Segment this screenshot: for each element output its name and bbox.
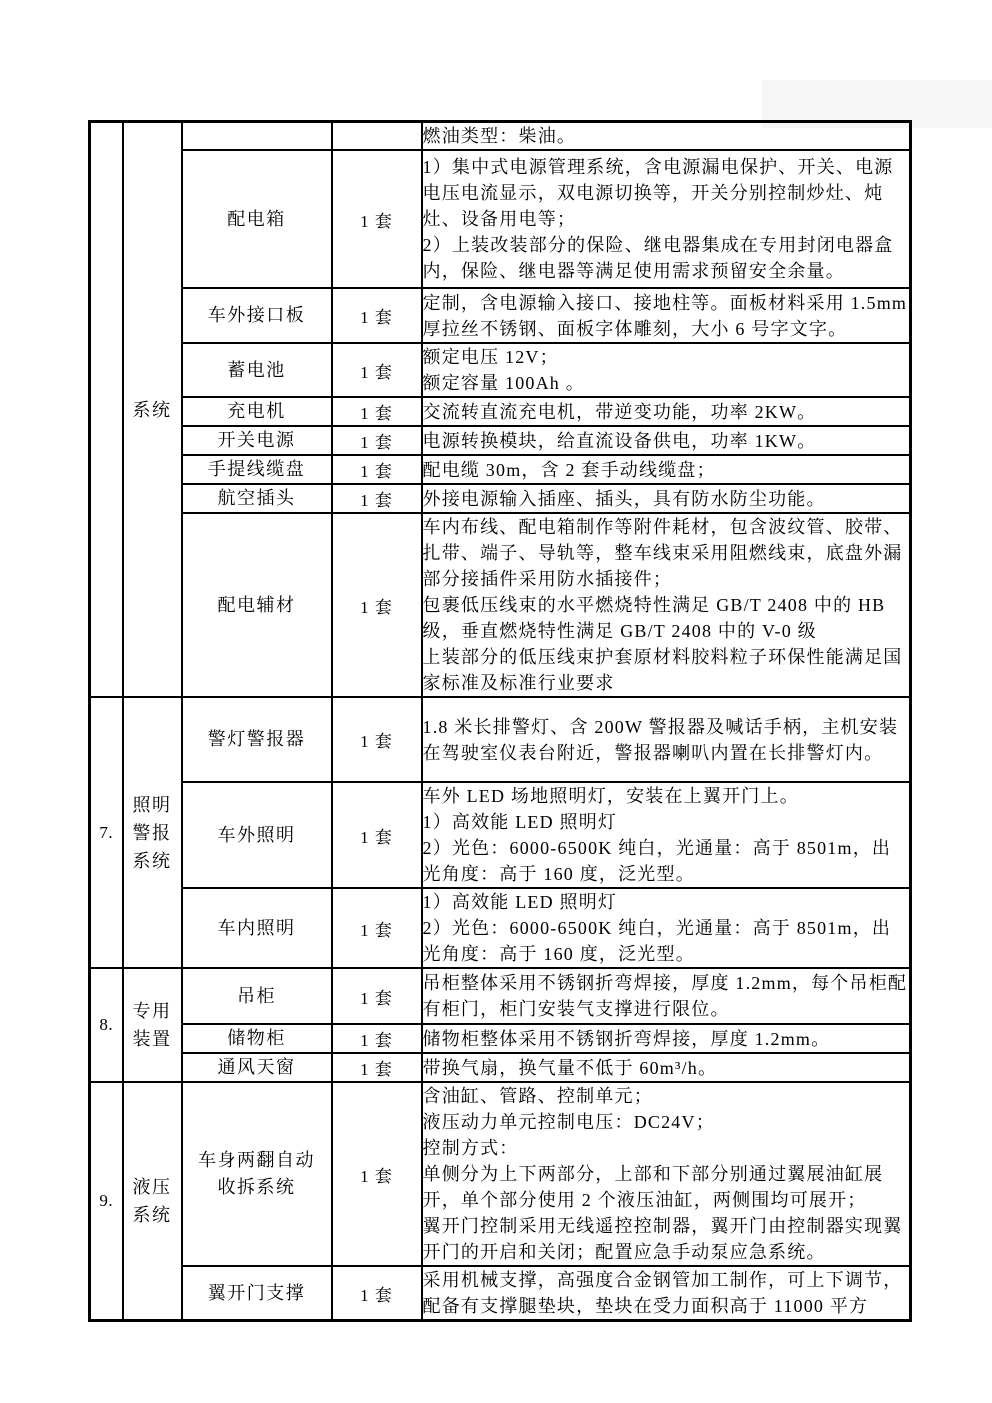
table-row: 蓄电池1 套额定电压 12V； 额定容量 100Ah 。 — [90, 343, 911, 397]
description-cell: 额定电压 12V； 额定容量 100Ah 。 — [422, 343, 911, 397]
description-cell: 1.8 米长排警灯、含 200W 警报器及喊话手柄，主机安装在驾驶室仪表台附近，… — [422, 697, 911, 782]
table-row: 充电机1 套交流转直流充电机，带逆变功能，功率 2KW。 — [90, 397, 911, 426]
quantity-cell: 1 套 — [332, 513, 422, 697]
table-row: 配电箱1 套1）集中式电源管理系统，含电源漏电保护、开关、电源电压电流显示，双电… — [90, 150, 911, 288]
system-name-cell: 液压 系统 — [123, 1082, 182, 1321]
quantity-cell: 1 套 — [332, 1053, 422, 1082]
item-name-cell: 车内照明 — [182, 888, 332, 968]
table-row: 车外接口板1 套定制，含电源输入接口、接地柱等。面板材料采用 1.5mm 厚拉丝… — [90, 288, 911, 343]
item-name-cell: 配电箱 — [182, 150, 332, 288]
system-name-cell: 系统 — [123, 122, 182, 698]
table-row: 8.专用 装置吊柜1 套吊柜整体采用不锈钢折弯焊接，厚度 1.2mm，每个吊柜配… — [90, 968, 911, 1024]
description-cell: 1）高效能 LED 照明灯 2）光色：6000-6500K 纯白，光通量：高于 … — [422, 888, 911, 968]
table-row: 车内照明1 套1）高效能 LED 照明灯 2）光色：6000-6500K 纯白，… — [90, 888, 911, 968]
description-cell: 外接电源输入插座、插头，具有防水防尘功能。 — [422, 484, 911, 513]
quantity-cell: 1 套 — [332, 888, 422, 968]
item-name-cell: 开关电源 — [182, 426, 332, 455]
table-row: 通风天窗1 套带换气扇，换气量不低于 60m³/h。 — [90, 1053, 911, 1082]
item-name-cell: 航空插头 — [182, 484, 332, 513]
quantity-cell: 1 套 — [332, 968, 422, 1024]
description-cell: 含油缸、管路、控制单元； 液压动力单元控制电压：DC24V； 控制方式： 单侧分… — [422, 1082, 911, 1266]
description-cell: 交流转直流充电机，带逆变功能，功率 2KW。 — [422, 397, 911, 426]
quantity-cell: 1 套 — [332, 782, 422, 888]
quantity-cell: 1 套 — [332, 288, 422, 343]
description-cell: 带换气扇，换气量不低于 60m³/h。 — [422, 1053, 911, 1082]
description-cell: 电源转换模块，给直流设备供电，功率 1KW。 — [422, 426, 911, 455]
table-row: 配电辅材1 套车内布线、配电箱制作等附件耗材，包含波纹管、胶带、扎带、端子、导轨… — [90, 513, 911, 697]
quantity-cell: 1 套 — [332, 1266, 422, 1321]
table-row: 航空插头1 套外接电源输入插座、插头，具有防水防尘功能。 — [90, 484, 911, 513]
quantity-cell: 1 套 — [332, 484, 422, 513]
quantity-cell: 1 套 — [332, 426, 422, 455]
table-row: 开关电源1 套电源转换模块，给直流设备供电，功率 1KW。 — [90, 426, 911, 455]
row-number-cell: 8. — [90, 968, 123, 1082]
item-name-cell: 翼开门支撑 — [182, 1266, 332, 1321]
quantity-cell: 1 套 — [332, 455, 422, 484]
quantity-cell: 1 套 — [332, 343, 422, 397]
item-name-cell: 车外接口板 — [182, 288, 332, 343]
equipment-spec-table: 系统燃油类型：柴油。配电箱1 套1）集中式电源管理系统，含电源漏电保护、开关、电… — [88, 120, 912, 1322]
table-row: 手提线缆盘1 套配电缆 30m，含 2 套手动线缆盘； — [90, 455, 911, 484]
item-name-cell: 车外照明 — [182, 782, 332, 888]
description-cell: 车外 LED 场地照明灯，安装在上翼开门上。 1）高效能 LED 照明灯 2）光… — [422, 782, 911, 888]
item-name-cell: 手提线缆盘 — [182, 455, 332, 484]
row-number-cell: 9. — [90, 1082, 123, 1321]
item-name-cell — [182, 122, 332, 151]
item-name-cell: 警灯警报器 — [182, 697, 332, 782]
quantity-cell — [332, 122, 422, 151]
table-row: 翼开门支撑1 套采用机械支撑，高强度合金钢管加工制作，可上下调节，配备有支撑腿垫… — [90, 1266, 911, 1321]
system-name-cell: 专用 装置 — [123, 968, 182, 1082]
table-row: 储物柜1 套储物柜整体采用不锈钢折弯焊接，厚度 1.2mm。 — [90, 1024, 911, 1053]
row-number-cell: 7. — [90, 697, 123, 968]
document-page: { "page": { "background": "#ffffff", "co… — [0, 0, 992, 1403]
quantity-cell: 1 套 — [332, 397, 422, 426]
item-name-cell: 吊柜 — [182, 968, 332, 1024]
item-name-cell: 车身两翻自动 收拆系统 — [182, 1082, 332, 1266]
item-name-cell: 配电辅材 — [182, 513, 332, 697]
item-name-cell: 储物柜 — [182, 1024, 332, 1053]
system-name-cell: 照明 警报 系统 — [123, 697, 182, 968]
description-cell: 1）集中式电源管理系统，含电源漏电保护、开关、电源电压电流显示，双电源切换等，开… — [422, 150, 911, 288]
row-number-cell — [90, 122, 123, 698]
quantity-cell: 1 套 — [332, 697, 422, 782]
item-name-cell: 蓄电池 — [182, 343, 332, 397]
table-row: 车外照明1 套车外 LED 场地照明灯，安装在上翼开门上。 1）高效能 LED … — [90, 782, 911, 888]
item-name-cell: 通风天窗 — [182, 1053, 332, 1082]
description-cell: 车内布线、配电箱制作等附件耗材，包含波纹管、胶带、扎带、端子、导轨等，整车线束采… — [422, 513, 911, 697]
description-cell: 定制，含电源输入接口、接地柱等。面板材料采用 1.5mm 厚拉丝不锈钢、面板字体… — [422, 288, 911, 343]
description-cell: 燃油类型：柴油。 — [422, 122, 911, 151]
table-row: 9.液压 系统车身两翻自动 收拆系统1 套含油缸、管路、控制单元； 液压动力单元… — [90, 1082, 911, 1266]
description-cell: 采用机械支撑，高强度合金钢管加工制作，可上下调节，配备有支撑腿垫块，垫块在受力面… — [422, 1266, 911, 1321]
quantity-cell: 1 套 — [332, 1024, 422, 1053]
description-cell: 吊柜整体采用不锈钢折弯焊接，厚度 1.2mm，每个吊柜配有柜门，柜门安装气支撑进… — [422, 968, 911, 1024]
table-row: 7.照明 警报 系统警灯警报器1 套1.8 米长排警灯、含 200W 警报器及喊… — [90, 697, 911, 782]
table-row: 系统燃油类型：柴油。 — [90, 122, 911, 151]
item-name-cell: 充电机 — [182, 397, 332, 426]
quantity-cell: 1 套 — [332, 1082, 422, 1266]
description-cell: 储物柜整体采用不锈钢折弯焊接，厚度 1.2mm。 — [422, 1024, 911, 1053]
quantity-cell: 1 套 — [332, 150, 422, 288]
description-cell: 配电缆 30m，含 2 套手动线缆盘； — [422, 455, 911, 484]
